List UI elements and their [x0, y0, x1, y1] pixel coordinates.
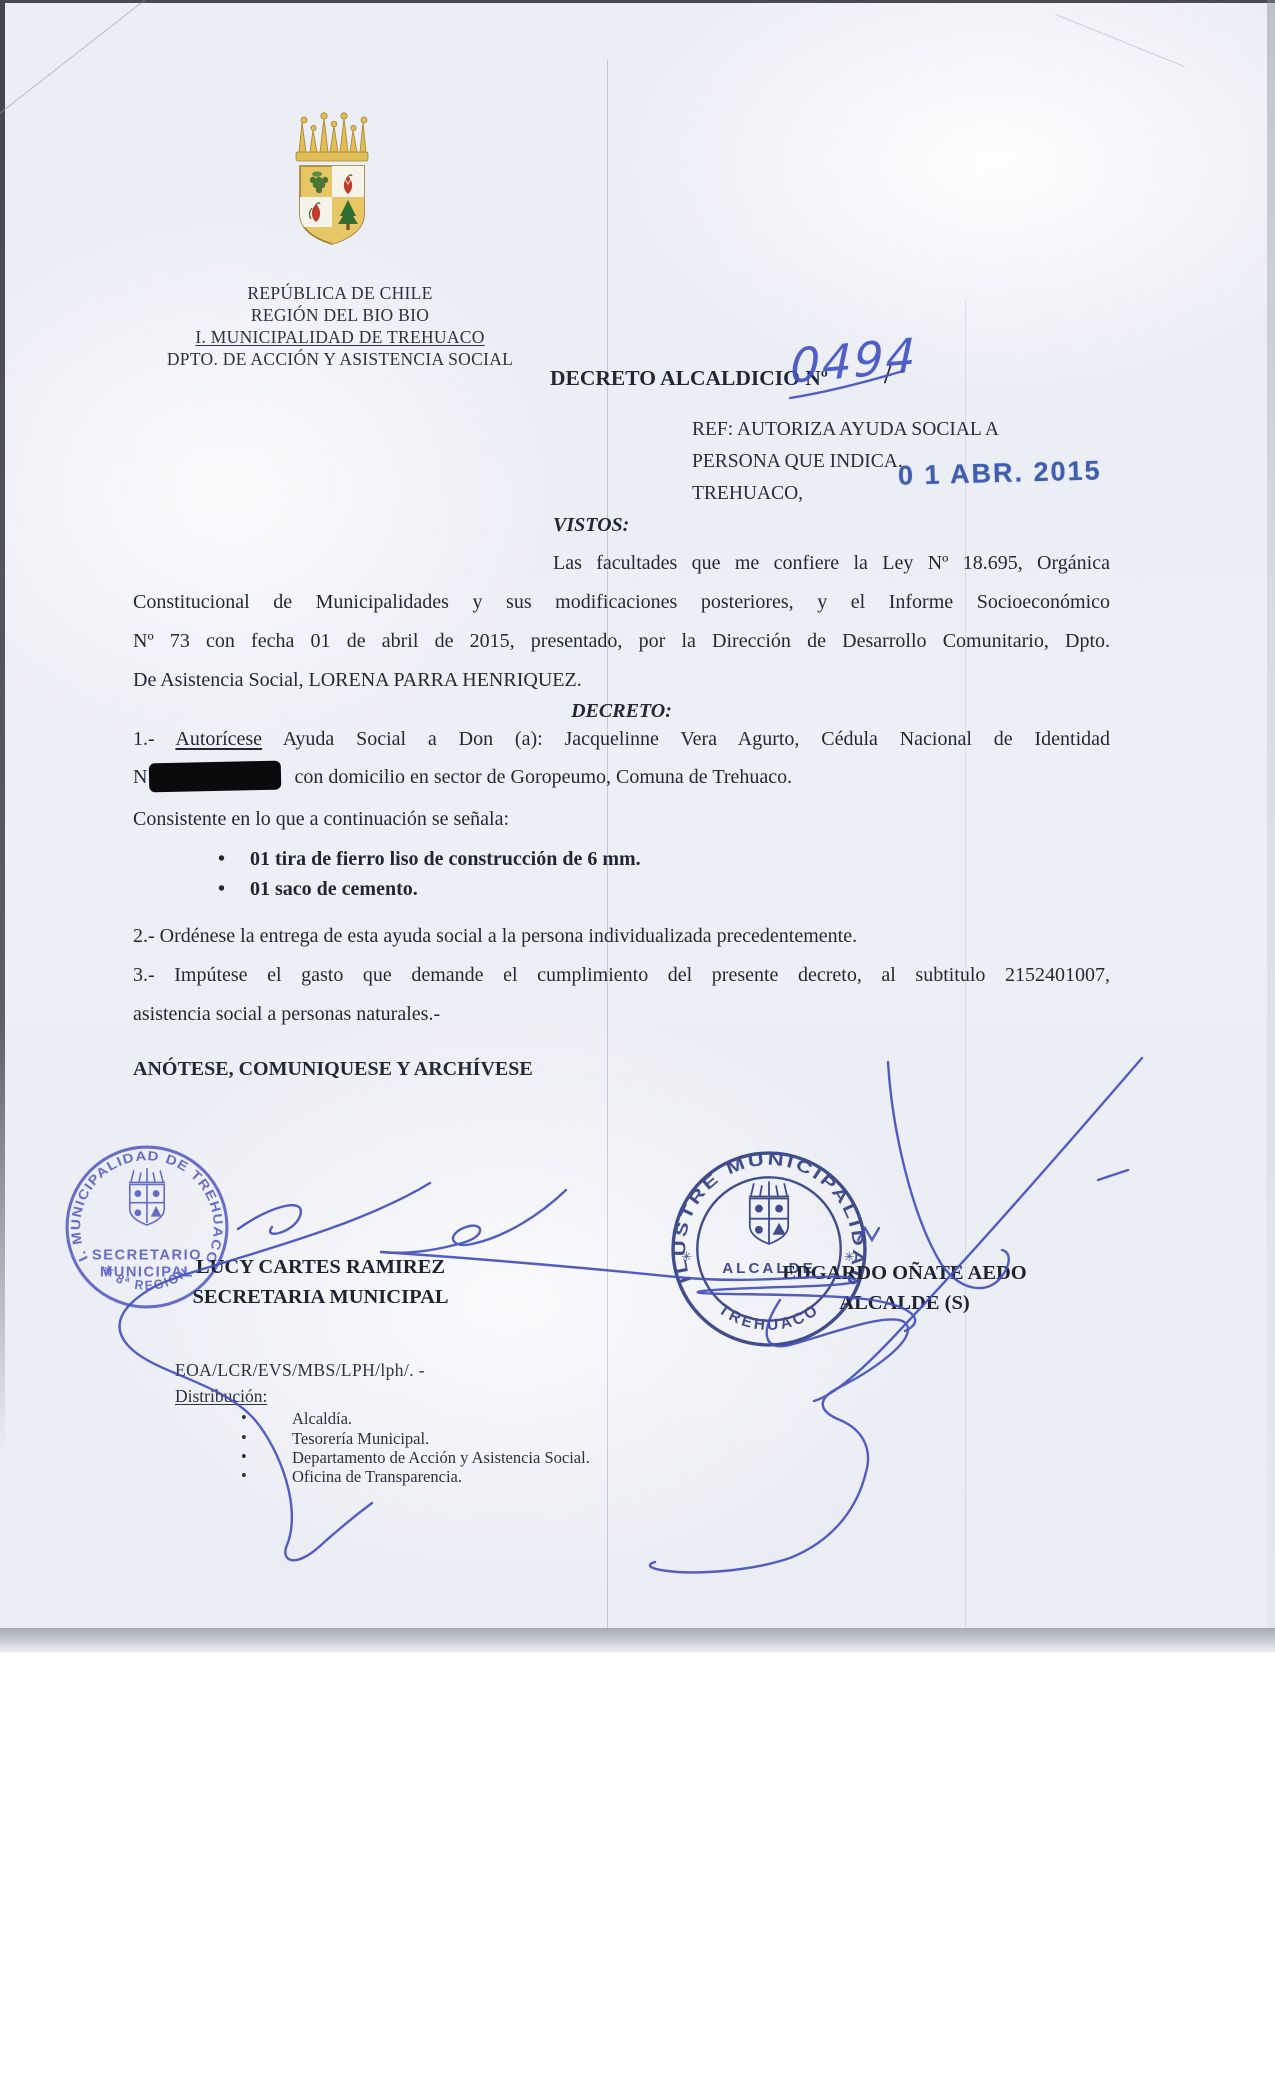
- alcalde-stamp: ILUSTRE MUNICIPALIDAD TREHUACO ✳ ✳ ALCAL…: [668, 1148, 870, 1350]
- item1-number: 1.-: [133, 728, 175, 750]
- distribution-item-text: Oficina de Transparencia.: [292, 1467, 462, 1487]
- scanned-paper: REPÚBLICA DE CHILE REGIÓN DEL BIO BIO I.…: [0, 0, 1275, 1628]
- vistos-line: Nº 73 con fecha 01 de abril de 2015, pre…: [133, 630, 1110, 653]
- left-signer-name: LUCY CARTES RAMIREZ: [178, 1252, 463, 1282]
- left-signer-title: SECRETARIA MUNICIPAL: [178, 1282, 463, 1312]
- scan-top-edge: [0, 0, 1275, 3]
- item1-line2-text: con domicilio en sector de Goropeumo, Co…: [289, 766, 792, 788]
- scan-right-edge: [1267, 0, 1275, 1628]
- distribution-item-text: Departamento de Acción y Asistencia Soci…: [292, 1448, 590, 1468]
- consistente-line: Consistente en lo que a continuación se …: [133, 808, 1110, 831]
- distribution-item: Alcaldía.: [241, 1409, 801, 1429]
- redacted-id-number: [149, 761, 282, 793]
- corner-crease-topright: [1055, 14, 1185, 67]
- decree-number-slash: /: [884, 360, 891, 390]
- corner-crease-topleft: [0, 0, 149, 120]
- stamp-star-left: ✳: [681, 1249, 692, 1264]
- aid-item-text: 01 saco de cemento.: [250, 878, 418, 901]
- distribution-item: Departamento de Acción y Asistencia Soci…: [241, 1448, 801, 1468]
- vistos-line: Las facultades que me confiere la Ley Nº…: [553, 552, 1110, 575]
- right-signer-name: EDGARDO OÑATE AEDO: [772, 1258, 1037, 1288]
- distribution-item: Oficina de Transparencia.: [241, 1467, 801, 1487]
- decreto-item3-line1: 3.- Impútese el gasto que demande el cum…: [133, 964, 1110, 987]
- secretary-signature-curl: [238, 1205, 301, 1233]
- vistos-line: Constitucional de Municipalidades y sus …: [133, 591, 1110, 614]
- alcalde-signature-dash: [1098, 1170, 1128, 1180]
- responsibility-initials: EOA/LCR/EVS/MBS/LPH/lph/. -: [175, 1360, 425, 1381]
- left-signer: LUCY CARTES RAMIREZ SECRETARIA MUNICIPAL: [178, 1252, 463, 1312]
- distribution-item: Tesorería Municipal.: [241, 1429, 801, 1449]
- scanned-decree-page: REPÚBLICA DE CHILE REGIÓN DEL BIO BIO I.…: [0, 0, 1275, 2100]
- letterhead-line: DPTO. DE ACCIÓN Y ASISTENCIA SOCIAL: [150, 348, 530, 370]
- aid-item: 01 saco de cemento.: [218, 878, 918, 901]
- vertical-fold-line: [607, 60, 608, 1628]
- decreto-item1-line2: N con domicilio en sector de Goropeumo, …: [133, 762, 1110, 791]
- letterhead: REPÚBLICA DE CHILE REGIÓN DEL BIO BIO I.…: [150, 282, 530, 370]
- decreto-item1-line1: 1.- Autorícese Ayuda Social a Don (a): J…: [133, 728, 1110, 751]
- distribution-label: Distribución:: [175, 1386, 267, 1407]
- decreto-item2: 2.- Ordénese la entrega de esta ayuda so…: [133, 925, 1110, 948]
- vistos-heading: VISTOS:: [553, 514, 1110, 537]
- date-stamp: 0 1 ABR. 2015: [898, 455, 1102, 491]
- ref-line: REF: AUTORIZA AYUDA SOCIAL A: [692, 414, 999, 446]
- distribution-item-text: Tesorería Municipal.: [292, 1429, 429, 1449]
- letterhead-line: REGIÓN DEL BIO BIO: [150, 304, 530, 326]
- aid-item-text: 01 tira de fierro liso de construcción d…: [250, 848, 641, 871]
- secretary-signature-loops: [381, 1190, 566, 1253]
- decreto-heading: DECRETO:: [133, 700, 1110, 723]
- right-signer-title: ALCALDE (S): [772, 1288, 1037, 1318]
- aid-item: 01 tira de fierro liso de construcción d…: [218, 848, 918, 871]
- scan-left-edge: [0, 0, 5, 1450]
- closing-formula: ANÓTESE, COMUNIQUESE Y ARCHÍVESE: [133, 1058, 1110, 1081]
- vistos-line: De Asistencia Social, LORENA PARRA HENRI…: [133, 669, 1110, 692]
- letterhead-line: I. MUNICIPALIDAD DE TREHUACO: [150, 326, 530, 348]
- decreto-item3-line2: asistencia social a personas naturales.-: [133, 1003, 1110, 1026]
- letterhead-line: REPÚBLICA DE CHILE: [150, 282, 530, 304]
- alcalde-signature-vertical-hook: [888, 1062, 1009, 1288]
- decree-title: DECRETO ALCALDICIO Nº: [550, 366, 828, 391]
- item1-line2-prefix: N: [133, 766, 147, 788]
- handwritten-decree-number: 0494: [790, 328, 918, 394]
- item1-verb: Autorícese: [175, 728, 262, 750]
- right-signer: EDGARDO OÑATE AEDO ALCALDE (S): [772, 1258, 1037, 1318]
- item1-text: Ayuda Social a Don (a): Jacquelinne Vera…: [262, 728, 1110, 750]
- chile-municipal-coat-of-arms: [272, 108, 392, 273]
- scan-bottom-shadow: [0, 1628, 1275, 1654]
- distribution-item-text: Alcaldía.: [292, 1409, 352, 1429]
